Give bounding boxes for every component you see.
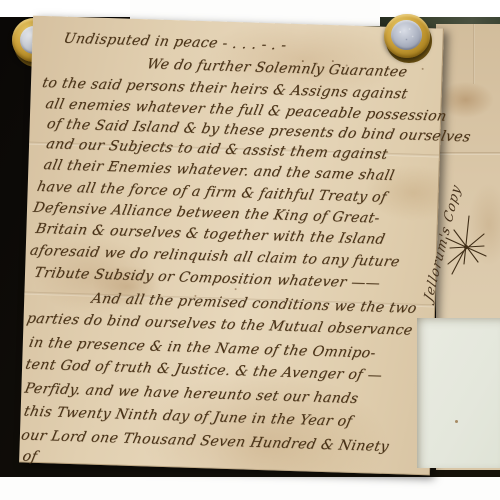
- coin-top-right: [384, 14, 430, 58]
- ink-star-mark: [440, 212, 494, 286]
- manuscript-line: our Lord one Thousand Seven Hundred & Ni…: [20, 428, 391, 455]
- fold-crease-vertical: [473, 24, 475, 84]
- blank-sheet: [417, 318, 500, 468]
- manuscript-line: Undisputed in peace - . . . - . -: [62, 31, 288, 54]
- photo-border-bottom: [0, 477, 500, 500]
- fold-crease: [436, 152, 500, 155]
- manuscript-line: And all the premised conditions we the t…: [90, 291, 418, 317]
- manuscript-line: We do further Solemnly Guarantee: [145, 56, 408, 80]
- manuscript-line: this Twenty Ninth day of June in the Yea…: [22, 404, 353, 430]
- manuscript-line: Tribute Subsidy or Composition whatever …: [33, 265, 382, 292]
- photograph: Undisputed in peace - . . . - . - We do …: [0, 0, 500, 500]
- manuscript-line: of: [21, 449, 39, 465]
- manuscript-page: Undisputed in peace - . . . - . - We do …: [19, 16, 444, 476]
- manuscript-line: tent God of truth & Justice. & the Aveng…: [24, 357, 384, 384]
- stain-spot: [455, 420, 458, 423]
- coin-texture: [391, 20, 422, 50]
- manuscript-line: Perfidy. and we have hereunto set our ha…: [23, 381, 360, 407]
